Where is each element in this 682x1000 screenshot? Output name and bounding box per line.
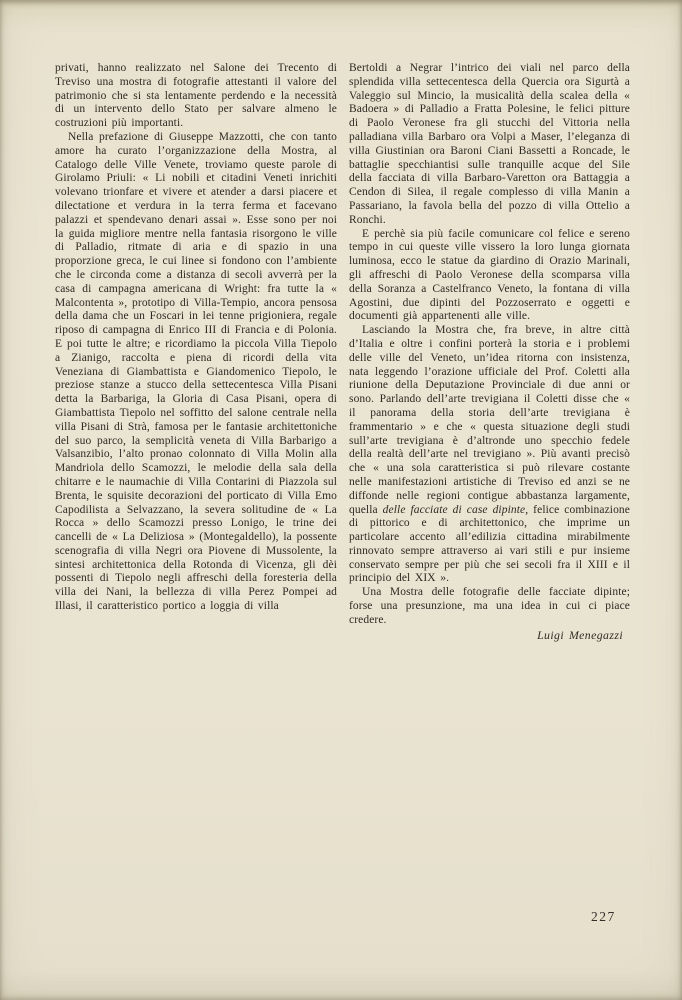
text-segment: Una Mostra delle fotografie delle faccia… [349, 586, 630, 626]
text-segment: privati, hanno realizzato nel Salone dei… [55, 62, 337, 129]
author-signature: Luigi Menegazzi [349, 629, 630, 643]
paragraph: Nella prefazione di Giuseppe Mazzotti, c… [55, 131, 337, 614]
text-segment: E perchè sia più facile comunicare col f… [349, 228, 630, 323]
text-segment: Lasciando la Mostra che, fra breve, in a… [349, 324, 630, 515]
text-segment: Bertoldi a Negrar l’intrico dei viali ne… [349, 62, 630, 226]
page-number: 227 [591, 909, 616, 925]
text-column-left: privati, hanno realizzato nel Salone dei… [55, 62, 337, 614]
text-column-right: Bertoldi a Negrar l’intrico dei viali ne… [349, 62, 630, 642]
paragraph: Bertoldi a Negrar l’intrico dei viali ne… [349, 62, 630, 228]
paragraph: Una Mostra delle fotografie delle faccia… [349, 586, 630, 627]
italic-phrase: delle facciate di case dipinte [383, 504, 526, 516]
paragraph: Lasciando la Mostra che, fra breve, in a… [349, 324, 630, 586]
paragraph: E perchè sia più facile comunicare col f… [349, 228, 630, 325]
paragraph: privati, hanno realizzato nel Salone dei… [55, 62, 337, 131]
text-segment: Nella prefazione di Giuseppe Mazzotti, c… [55, 131, 337, 612]
book-page: privati, hanno realizzato nel Salone dei… [0, 0, 682, 1000]
